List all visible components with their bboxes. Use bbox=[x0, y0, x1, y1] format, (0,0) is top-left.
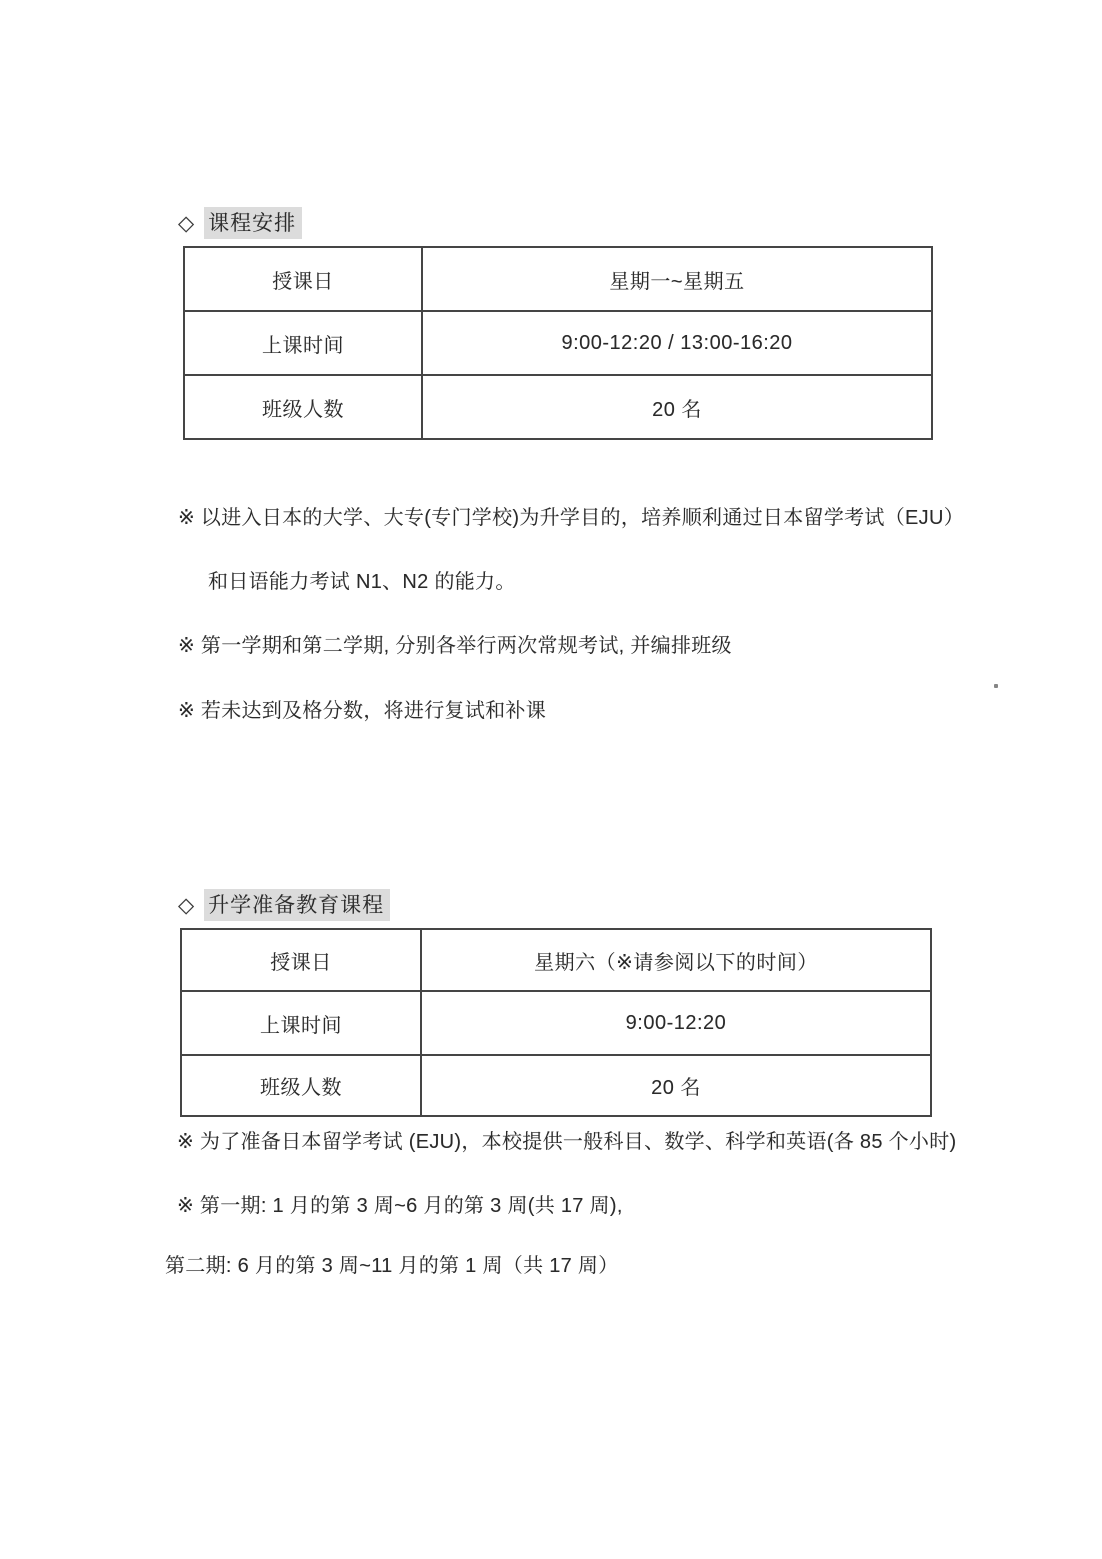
row-label: 上课时间 bbox=[181, 991, 421, 1055]
diamond-icon: ◇ bbox=[178, 212, 195, 235]
scan-speck bbox=[994, 684, 998, 688]
scanned-document-page: ◇课程安排 授课日 星期一~星期五 上课时间 9:00-12:20 / 13:0… bbox=[0, 0, 1102, 1559]
prep-course-table: 授课日 星期六（※请参阅以下的时间） 上课时间 9:00-12:20 班级人数 … bbox=[180, 928, 932, 1117]
row-value: 星期一~星期五 bbox=[422, 247, 932, 311]
row-value: 20 名 bbox=[422, 375, 932, 439]
row-label: 班级人数 bbox=[181, 1055, 421, 1116]
course-schedule-table: 授课日 星期一~星期五 上课时间 9:00-12:20 / 13:00-16:2… bbox=[183, 246, 933, 440]
note-line: ※ 以进入日本的大学、大专(专门学校)为升学目的，培养顺利通过日本留学考试（EJ… bbox=[178, 503, 964, 533]
table-row: 班级人数 20 名 bbox=[184, 375, 932, 439]
table-row: 上课时间 9:00-12:20 / 13:00-16:20 bbox=[184, 311, 932, 375]
table-row: 班级人数 20 名 bbox=[181, 1055, 931, 1116]
note-line: 和日语能力考试 N1、N2 的能力。 bbox=[208, 567, 516, 597]
row-label: 授课日 bbox=[181, 929, 421, 991]
note-line: ※ 若未达到及格分数，将进行复试和补课 bbox=[178, 696, 546, 726]
section2-title: 升学准备教育课程 bbox=[204, 889, 390, 921]
row-value: 9:00-12:20 bbox=[421, 991, 931, 1055]
note-line: ※ 为了准备日本留学考试 (EJU)，本校提供一般科目、数学、科学和英语(各 8… bbox=[177, 1127, 956, 1157]
note-line: ※ 第一期: 1 月的第 3 周~6 月的第 3 周(共 17 周), bbox=[177, 1191, 623, 1221]
diamond-icon: ◇ bbox=[178, 894, 195, 917]
section1-heading: ◇课程安排 bbox=[178, 208, 302, 240]
table-row: 上课时间 9:00-12:20 bbox=[181, 991, 931, 1055]
table-row: 授课日 星期一~星期五 bbox=[184, 247, 932, 311]
row-label: 授课日 bbox=[184, 247, 422, 311]
section2-heading: ◇升学准备教育课程 bbox=[178, 890, 390, 922]
row-value: 20 名 bbox=[421, 1055, 931, 1116]
row-value: 9:00-12:20 / 13:00-16:20 bbox=[422, 311, 932, 375]
section1-title: 课程安排 bbox=[204, 207, 302, 239]
note-line: 第二期: 6 月的第 3 周~11 月的第 1 周（共 17 周） bbox=[165, 1251, 619, 1281]
row-label: 班级人数 bbox=[184, 375, 422, 439]
note-line: ※ 第一学期和第二学期, 分别各举行两次常规考试, 并编排班级 bbox=[178, 631, 732, 661]
table-row: 授课日 星期六（※请参阅以下的时间） bbox=[181, 929, 931, 991]
row-value: 星期六（※请参阅以下的时间） bbox=[421, 929, 931, 991]
row-label: 上课时间 bbox=[184, 311, 422, 375]
